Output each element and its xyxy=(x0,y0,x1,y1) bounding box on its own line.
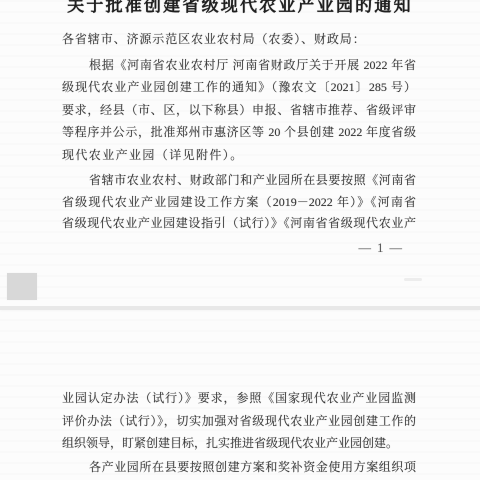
text-line: 组织领导，盯紧创建目标，扎实推进省级现代农业产业园创建。 xyxy=(62,435,416,452)
scanned-document-view: 关于批准创建省级现代农业产业园的通知 各省辖市、济源示范区农业农村局（农委）、财… xyxy=(0,0,480,480)
text-line: 级现代农业产业园创建工作的通知》（豫农文〔2021〕285 号） xyxy=(62,79,416,96)
text-line: 根据《河南省农业农村厅 河南省财政厅关于开展 2022 年省 xyxy=(62,57,416,74)
text-line-salutation: 各省辖市、济源示范区农业农村局（农委）、财政局： xyxy=(62,31,416,48)
text-line: 评价办法（试行）》，切实加强对省级现代农业产业园创建工作的 xyxy=(62,413,416,430)
text-line: 各产业园所在县要按照创建方案和奖补资金使用方案组织项 xyxy=(62,459,416,476)
text-line: 现代农业产业园（详见附件）。 xyxy=(62,147,416,164)
scanned-page-1[interactable]: 关于批准创建省级现代农业产业园的通知 各省辖市、济源示范区农业农村局（农委）、财… xyxy=(0,0,480,311)
document-title: 关于批准创建省级现代农业产业园的通知 xyxy=(0,0,480,16)
page-number: — 1 — xyxy=(336,241,426,256)
scan-artifact-square xyxy=(7,273,37,300)
scan-smudge xyxy=(404,278,422,281)
text-line: 省级现代农业产业园建设工作方案（2019－2022 年）》《河南省 xyxy=(62,194,416,211)
text-line: 省级现代农业产业园建设指引（试行）》《河南省省级现代农业产 xyxy=(62,215,416,232)
scanned-page-2[interactable]: 业园认定办法（试行）》要求，参照《国家现代农业产业园监测 评价办法（试行）》，切… xyxy=(0,311,480,480)
text-line: 等程序并公示，批准郑州市惠济区等 20 个县创建 2022 年度省级 xyxy=(62,124,416,141)
page-divider xyxy=(0,306,480,310)
text-line: 省辖市农业农村、财政部门和产业园所在县要按照《河南省 xyxy=(62,172,416,189)
text-line: 要求，经县（市、区，以下称县）申报、省辖市推荐、省级评审 xyxy=(62,102,416,119)
text-line: 业园认定办法（试行）》要求，参照《国家现代农业产业园监测 xyxy=(62,390,416,407)
